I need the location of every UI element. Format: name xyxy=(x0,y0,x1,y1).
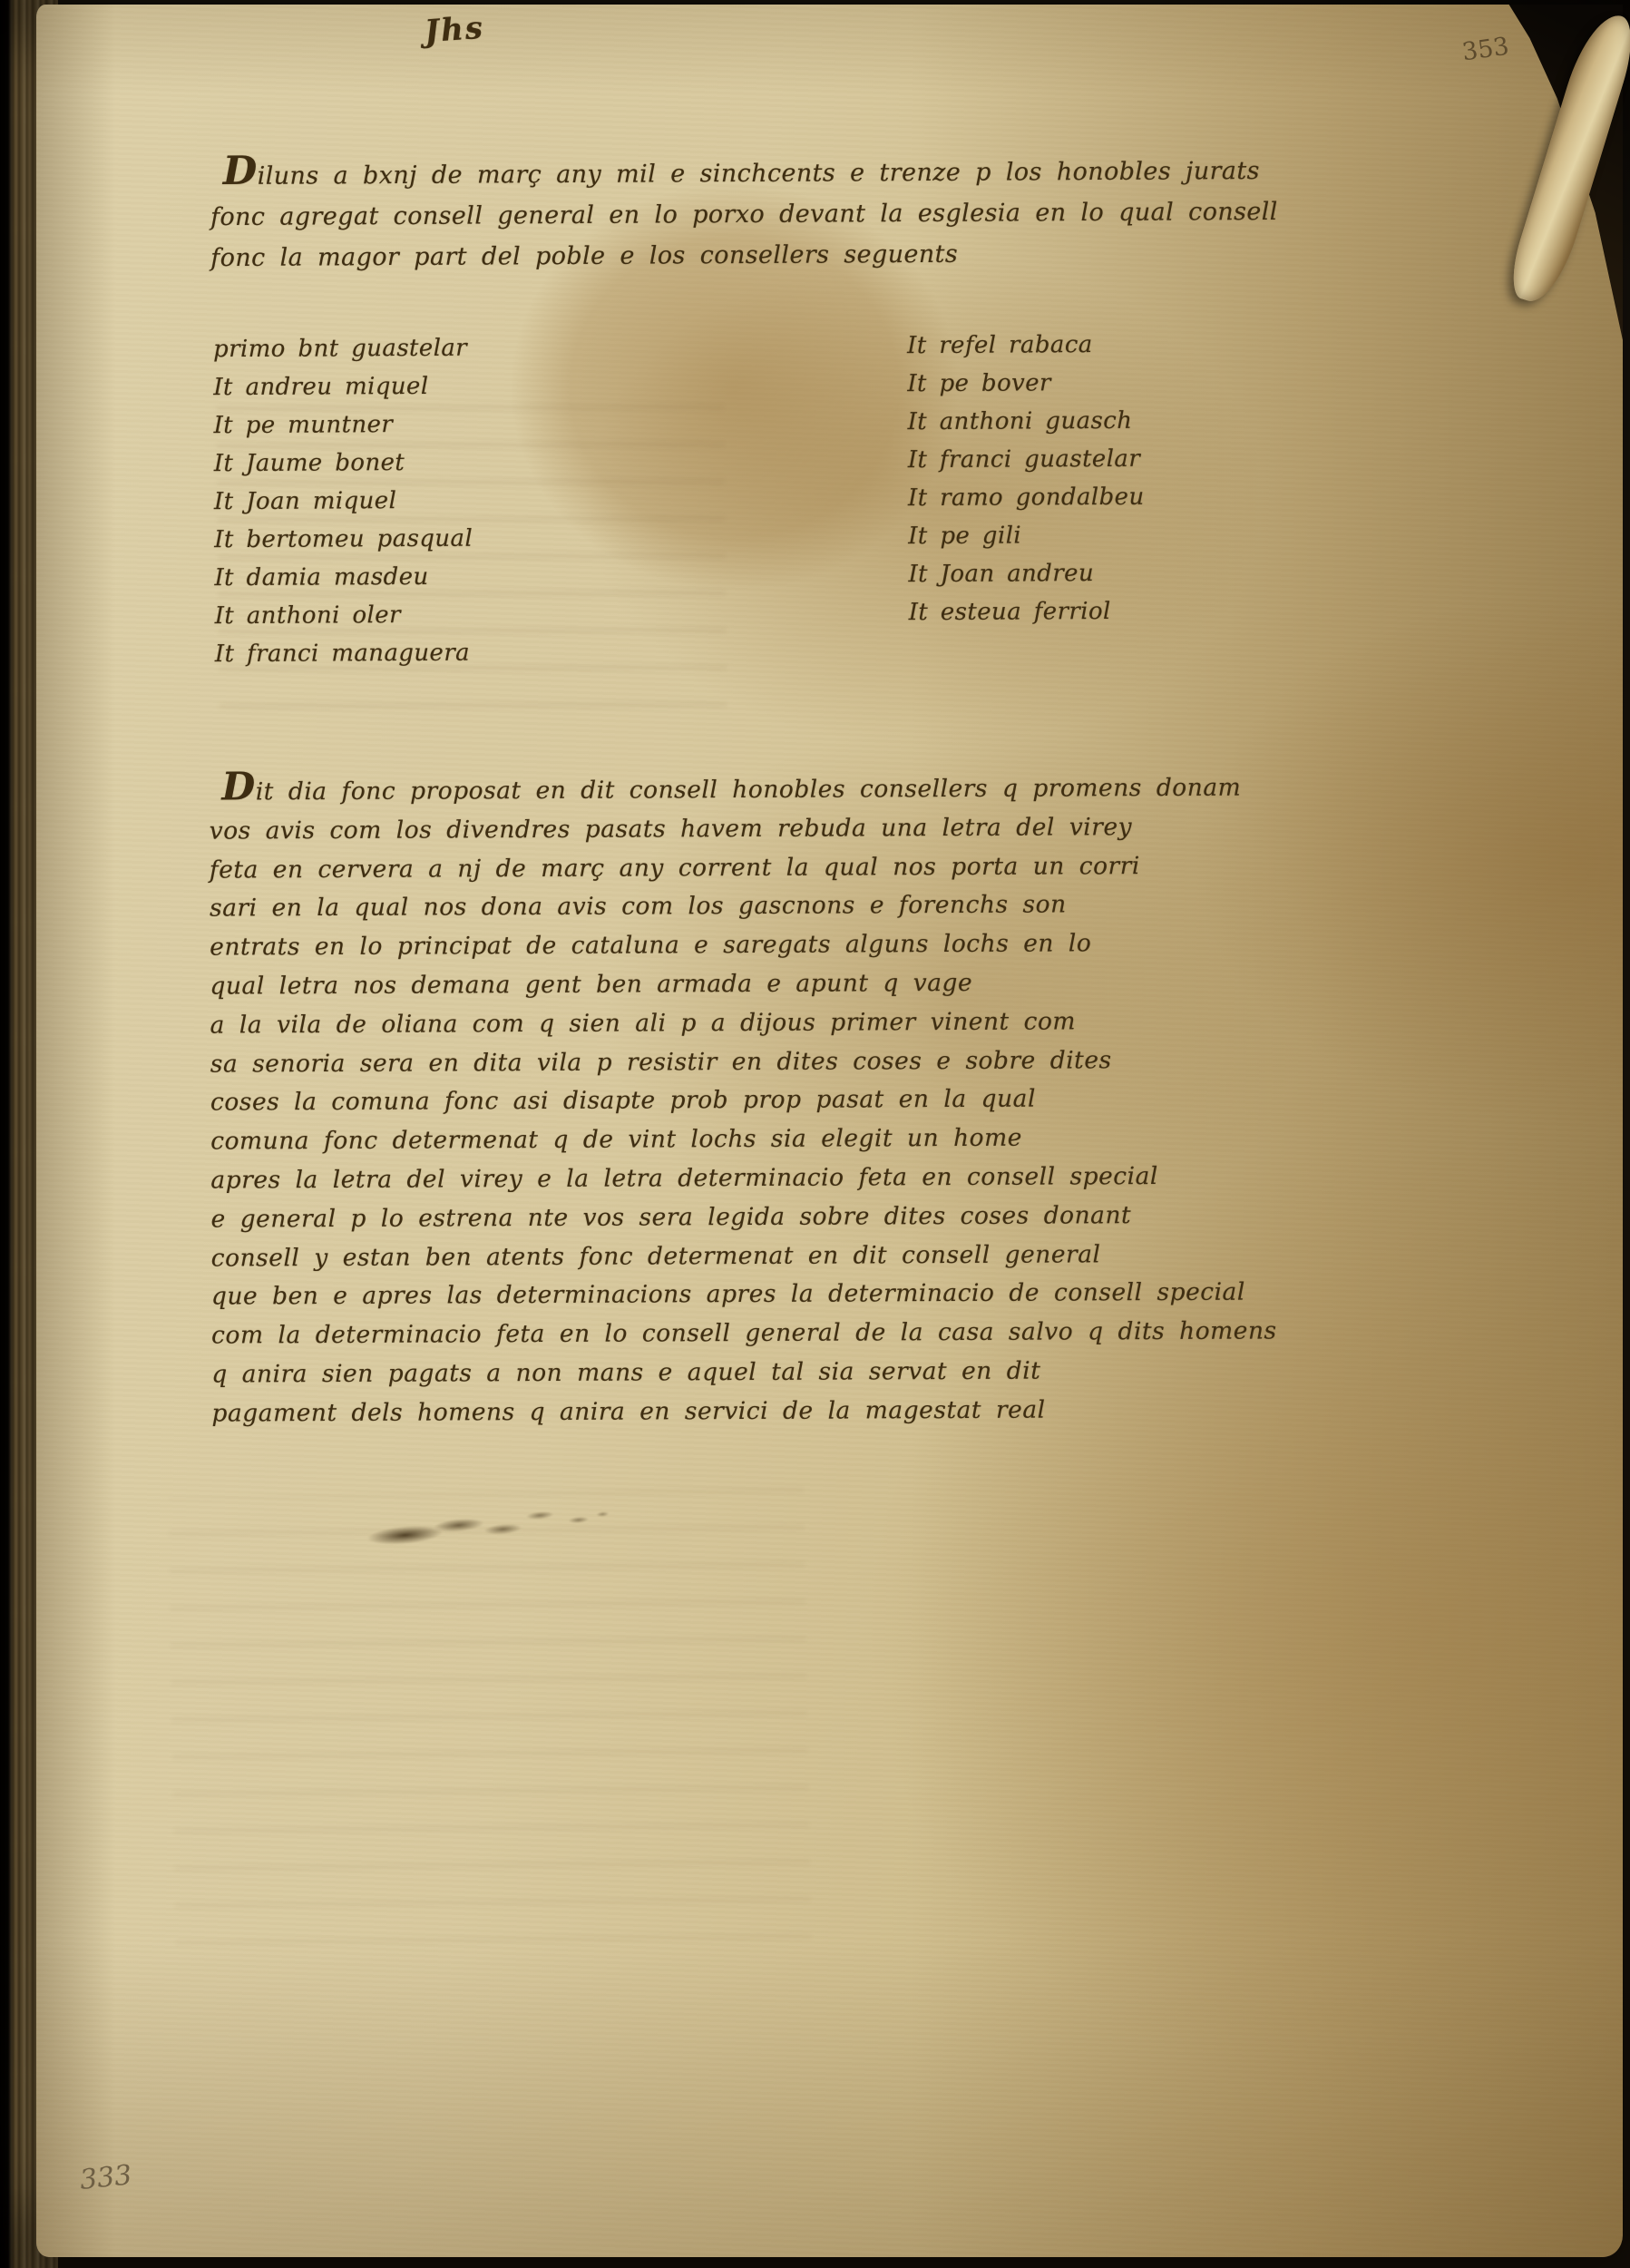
councillor-name: primo bnt guastelar xyxy=(213,327,907,368)
councillor-name-columns: primo bnt guastelar It andreu miquel It … xyxy=(213,325,1303,673)
text-line: que ben e apres las determinacions apres… xyxy=(211,1274,1277,1317)
text-line: apres la letra del virey e la letra dete… xyxy=(210,1157,1276,1200)
manuscript-page: Jhs 353 Diluns a bxnj de març any mil e … xyxy=(36,5,1623,2257)
councillor-name: It andreu miquel xyxy=(213,365,907,406)
councillor-name: It Jaume bonet xyxy=(214,441,908,483)
councillor-name: It esteua ferriol xyxy=(909,591,1299,631)
ink-bleedthrough xyxy=(169,1487,812,1970)
pencil-page-number: 333 xyxy=(78,2159,133,2196)
councillor-name: It pe gili xyxy=(908,515,1298,555)
text-line: entrats en lo principat de cataluna e sa… xyxy=(210,924,1275,968)
opening-paragraph: Diluns a bxnj de març any mil e sinchcen… xyxy=(210,145,1279,279)
text-line: sari en la qual nos dona avis com los ga… xyxy=(210,885,1275,929)
text-line: qual letra nos demana gent ben armada e … xyxy=(210,963,1275,1006)
councillor-name: It anthoni guasch xyxy=(907,401,1297,441)
councillor-name: It pe muntner xyxy=(213,403,907,445)
text-line: com la determinacio feta en lo consell g… xyxy=(211,1313,1277,1356)
text-line: fonc agregat consell general en lo porxo… xyxy=(210,191,1278,238)
folio-number: 353 xyxy=(1460,33,1510,67)
councillor-name: It anthoni oler xyxy=(215,593,909,635)
text-line: Diluns a bxnj de març any mil e sinchcen… xyxy=(210,145,1278,197)
text-line: comuna fonc determenat q de vint lochs s… xyxy=(210,1119,1276,1162)
main-paragraph: Dit dia fonc proposat en dit consell hon… xyxy=(209,762,1277,1433)
councillor-name: It pe bover xyxy=(907,363,1297,403)
councillor-column-right: It refel rabaca It pe bover It anthoni g… xyxy=(907,325,1299,670)
text-line: coses la comuna fonc asi disapte prob pr… xyxy=(210,1080,1276,1123)
councillor-name: It Joan andreu xyxy=(908,553,1298,593)
manuscript-scan: { "monogram": "Jhs", "folio_number": "35… xyxy=(0,0,1630,2268)
text-line: feta en cervera a nj de març any corrent… xyxy=(210,846,1275,890)
councillor-name: It bertomeu pasqual xyxy=(214,517,908,559)
text-line: consell y estan ben atents fonc determen… xyxy=(211,1235,1277,1278)
text-line: vos avis com los divendres pasats havem … xyxy=(210,807,1275,851)
councillor-name: It franci guastelar xyxy=(908,439,1298,479)
councillor-name: It ramo gondalbeu xyxy=(908,477,1298,517)
text-line: Dit dia fonc proposat en dit consell hon… xyxy=(209,762,1274,812)
text-line: e general p lo estrena nte vos sera legi… xyxy=(210,1196,1276,1239)
councillor-column-left: primo bnt guastelar It andreu miquel It … xyxy=(213,327,909,673)
councillor-name: It Joan miquel xyxy=(214,479,908,521)
text-line: a la vila de oliana com q sien ali p a d… xyxy=(210,1002,1276,1045)
jhs-monogram: Jhs xyxy=(424,10,486,51)
councillor-name: It damia masdeu xyxy=(214,555,908,597)
councillor-name: It franci managuera xyxy=(215,631,909,673)
text-line: pagament dels homens q anira en servici … xyxy=(211,1390,1277,1433)
text-line: fonc la magor part del poble e los conse… xyxy=(210,232,1278,279)
text-line: q anira sien pagats a non mans e aquel t… xyxy=(211,1351,1277,1394)
text-line: sa senoria sera en dita vila p resistir … xyxy=(210,1041,1276,1084)
councillor-name: It refel rabaca xyxy=(907,325,1297,365)
